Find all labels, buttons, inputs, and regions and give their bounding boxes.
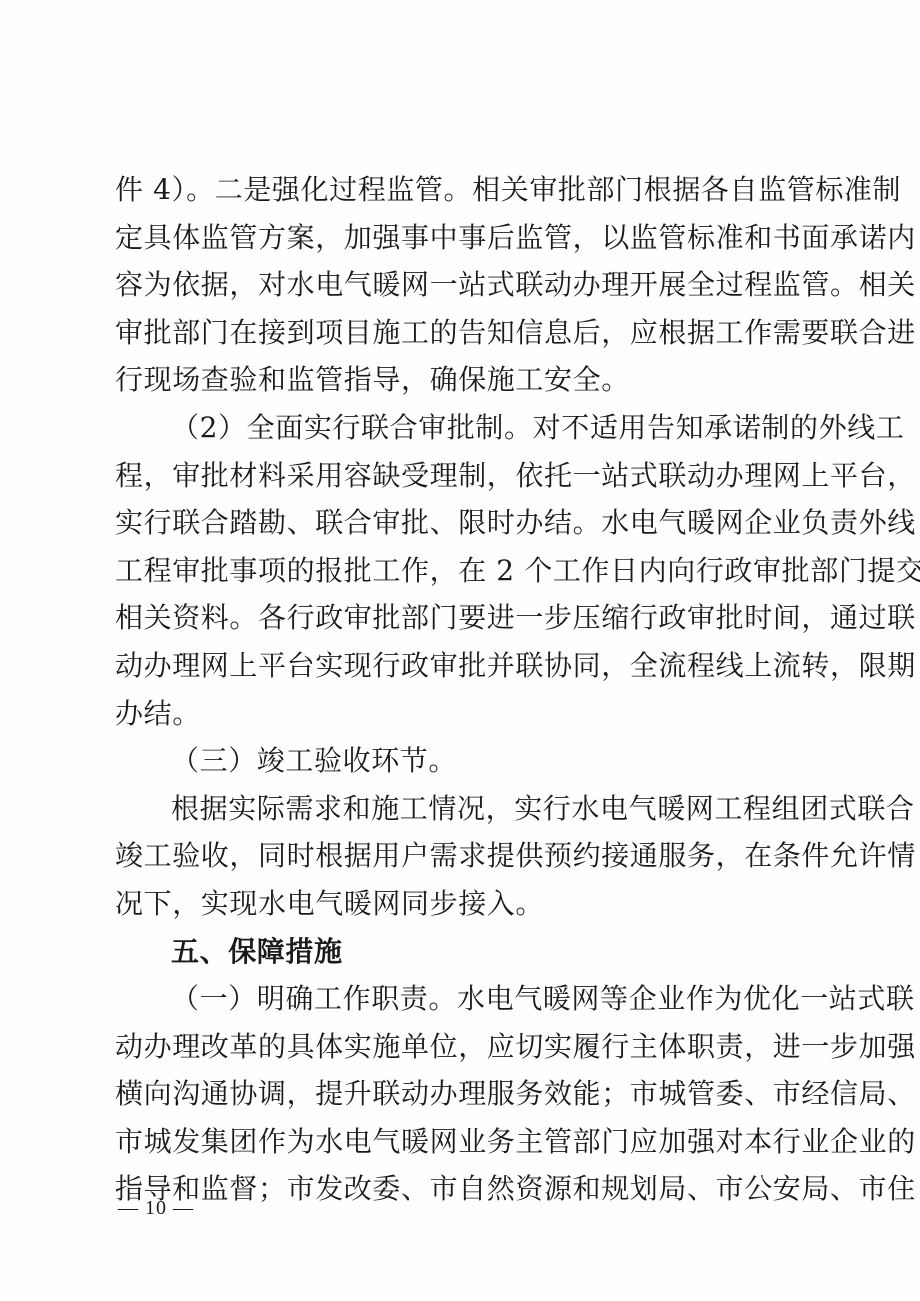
text-line: 工程审批事项的报批工作，在 2 个工作日内向行政审批部门提交 [115, 547, 799, 595]
text-line: 横向沟通协调，提升联动办理服务效能；市城管委、市经信局、 [115, 1070, 799, 1118]
text-line: 行现场查验和监管指导，确保施工安全。 [115, 356, 799, 404]
text-line: 容为依据，对水电气暖网一站式联动办理开展全过程监管。相关 [115, 261, 799, 309]
text-line: 根据实际需求和施工情况，实行水电气暖网工程组团式联合 [115, 785, 799, 833]
text-line: 相关资料。各行政审批部门要进一步压缩行政审批时间，通过联 [115, 594, 799, 642]
text-line: 审批部门在接到项目施工的告知信息后，应根据工作需要联合进 [115, 309, 799, 357]
page-number: — 10 — [118, 1197, 194, 1220]
text-line: 竣工验收，同时根据用户需求提供预约接通服务，在条件允许情 [115, 832, 799, 880]
text-line: 件 4）。二是强化过程监管。相关审批部门根据各自监管标准制 [115, 166, 799, 214]
text-line: 动办理网上平台实现行政审批并联协同，全流程线上流转，限期 [115, 642, 799, 690]
text-line: 动办理改革的具体实施单位，应切实履行主体职责，进一步加强 [115, 1023, 799, 1071]
text-line: 况下，实现水电气暖网同步接入。 [115, 880, 799, 928]
text-line: 程，审批材料采用容缺受理制，依托一站式联动办理网上平台， [115, 452, 799, 500]
text-line: 指导和监督；市发改委、市自然资源和规划局、市公安局、市住 [115, 1165, 799, 1213]
document-page: 件 4）。二是强化过程监管。相关审批部门根据各自监管标准制定具体监管方案，加强事… [0, 0, 920, 1301]
text-line: 办结。 [115, 690, 799, 738]
document-body: 件 4）。二是强化过程监管。相关审批部门根据各自监管标准制定具体监管方案，加强事… [115, 166, 799, 1213]
text-line: 实行联合踏勘、联合审批、限时办结。水电气暖网企业负责外线 [115, 499, 799, 547]
text-line: （三）竣工验收环节。 [115, 737, 799, 785]
text-line: 市城发集团作为水电气暖网业务主管部门应加强对本行业企业的 [115, 1118, 799, 1166]
text-line: 定具体监管方案，加强事中事后监管，以监管标准和书面承诺内 [115, 214, 799, 262]
section-heading: 五、保障措施 [115, 928, 799, 976]
text-line: （2）全面实行联合审批制。对不适用告知承诺制的外线工 [115, 404, 799, 452]
text-line: （一）明确工作职责。水电气暖网等企业作为优化一站式联 [115, 975, 799, 1023]
